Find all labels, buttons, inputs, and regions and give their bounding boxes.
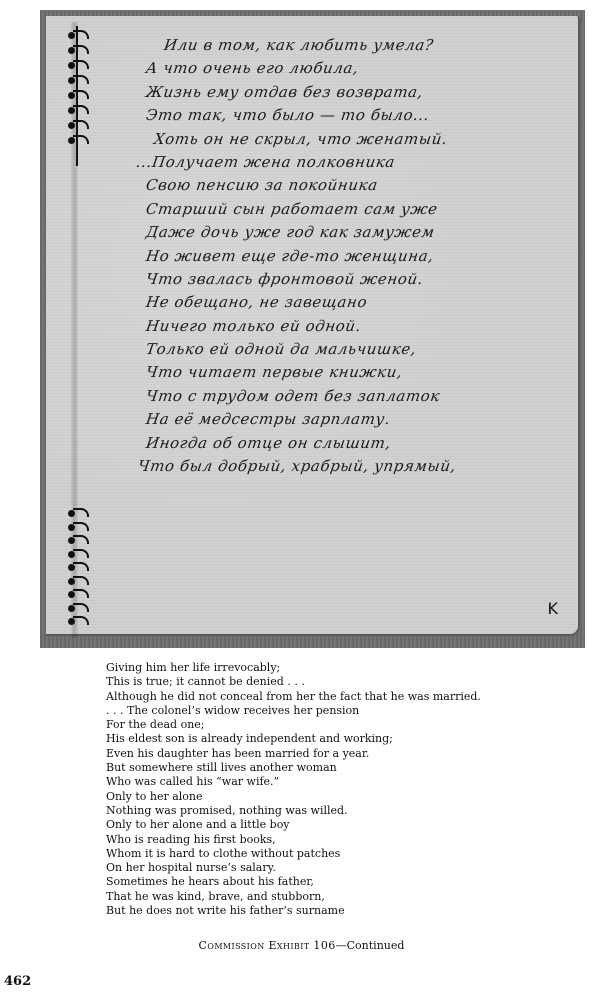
translation-line: This is true; it cannot be denied . . . <box>106 675 546 689</box>
handwritten-line: Что был добрый, храбрый, упрямый, <box>136 455 577 478</box>
handwritten-poem: Или в том, как любить умела?А что очень … <box>146 34 576 478</box>
translation-line: On her hospital nurse’s salary. <box>106 861 546 875</box>
translation-line: Only to her alone and a little boy <box>106 818 546 832</box>
spiral-ring-icon <box>68 616 90 626</box>
translation-line: That he was kind, brave, and stubborn, <box>106 890 546 904</box>
handwritten-line: Свою пенсию за покойника <box>144 174 577 197</box>
spiral-ring-icon <box>68 589 90 599</box>
corner-mark: K <box>548 599 559 618</box>
handwritten-line: На её медсестры зарплату. <box>144 408 577 431</box>
exhibit-caption-label: Commission Exhibit 106 <box>199 939 336 952</box>
handwritten-line: Или в том, как любить умела? <box>162 34 577 57</box>
translation-line: But he does not write his father’s surna… <box>106 904 546 918</box>
translation-line: . . . The colonel’s widow receives her p… <box>106 704 546 718</box>
handwritten-line: Что звалась фронтовой женой. <box>144 268 577 291</box>
spiral-ring-icon <box>68 90 90 100</box>
translation-line: Who was called his “war wife.” <box>106 775 546 789</box>
spiral-ring-icon <box>68 120 90 130</box>
handwritten-line: Что с трудом одет без заплаток <box>144 385 577 408</box>
page-number: 462 <box>4 974 31 989</box>
translation-line: Nothing was promised, nothing was willed… <box>106 804 546 818</box>
translation-line: Giving him her life irrevocably; <box>106 661 546 675</box>
handwritten-line: Но живет еще где-то женщина, <box>144 245 577 268</box>
spiral-ring-icon <box>68 508 90 518</box>
handwritten-line: Что читает первые книжки, <box>144 361 577 384</box>
spiral-ring-icon <box>68 75 90 85</box>
spiral-ring-icon <box>68 45 90 55</box>
translation-text: Giving him her life irrevocably;This is … <box>106 661 546 918</box>
spiral-ring-icon <box>68 105 90 115</box>
handwritten-line: Не обещано, не завещано <box>144 291 577 314</box>
translation-line: Who is reading his first books, <box>106 833 546 847</box>
exhibit-caption-suffix: —Continued <box>336 939 405 952</box>
spiral-ring-icon <box>68 549 90 559</box>
handwritten-line: Жизнь ему отдав без возврата, <box>144 81 577 104</box>
spiral-ring-icon <box>68 30 90 40</box>
handwritten-line: Старший сын работает сам уже <box>144 198 577 221</box>
translation-line: But somewhere still lives another woman <box>106 761 546 775</box>
translation-line: For the dead one; <box>106 718 546 732</box>
handwritten-line: Хоть он не скрыл, что женатый. <box>152 128 577 151</box>
translation-line: Sometimes he hears about his father, <box>106 875 546 889</box>
spiral-ring-icon <box>68 522 90 532</box>
spiral-ring-icon <box>68 135 90 145</box>
handwritten-line: ...Получает жена полковника <box>134 151 577 174</box>
spiral-ring-icon <box>68 60 90 70</box>
spiral-ring-icon <box>68 603 90 613</box>
spiral-ring-icon <box>68 576 90 586</box>
handwritten-line: Иногда об отце он слышит, <box>144 432 577 455</box>
translation-line: Only to her alone <box>106 790 546 804</box>
handwritten-line: Ничего только ей одной. <box>144 315 577 338</box>
translation-line: Whom it is hard to clothe without patche… <box>106 847 546 861</box>
spiral-ring-icon <box>68 535 90 545</box>
notebook-photograph: Или в том, как любить умела?А что очень … <box>40 10 585 648</box>
spiral-ring-icon <box>68 562 90 572</box>
handwritten-line: Это так, что было — то было... <box>144 104 577 127</box>
notebook-page: Или в том, как любить умела?А что очень … <box>46 16 580 636</box>
handwritten-line: Только ей одной да мальчишке, <box>144 338 577 361</box>
handwritten-line: А что очень его любила, <box>144 57 577 80</box>
translation-line: His eldest son is already independent an… <box>106 732 546 746</box>
translation-line: Although he did not conceal from her the… <box>106 690 546 704</box>
handwritten-line: Даже дочь уже год как замужем <box>144 221 577 244</box>
translation-line: Even his daughter has been married for a… <box>106 747 546 761</box>
exhibit-caption: Commission Exhibit 106—Continued <box>0 939 603 952</box>
